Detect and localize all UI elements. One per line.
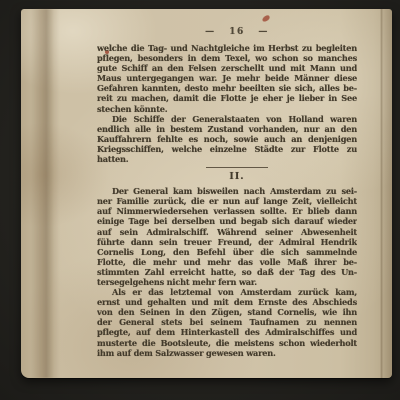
section-divider: II. [97, 164, 357, 186]
text-line: führte dann sein treuer Freund, der Admi… [97, 237, 357, 247]
text-line: tersegelgehens nicht mehr fern war. [97, 277, 357, 287]
text-line: Gefahren kannten, desto mehr beeilten si… [97, 83, 357, 93]
text-line: ner Familie zurück, die er nun auf lange… [97, 196, 357, 206]
text-line: ernst und gehalten und mit dem Ernste de… [97, 297, 357, 307]
text-line: endlich alle in bestem Zustand vorhanden… [97, 124, 357, 134]
section-rule [206, 167, 268, 168]
text-line: stimmten Zahl erreicht hatte, so daß der… [97, 267, 357, 277]
paragraph-4: Als er das letztemal von Amsterdam zurüc… [97, 287, 357, 358]
text-line: pflegte, auf dem Hinterkastell des Admir… [97, 327, 357, 337]
scan-background: { "colors": { "background": "#23221e", "… [0, 0, 400, 400]
text-line: auf Nimmerwiedersehen verlassen sollte. … [97, 206, 357, 216]
paragraph-2: Die Schiffe der Generalstaaten von Holla… [97, 114, 357, 164]
text-line: Die Schiffe der Generalstaaten von Holla… [97, 114, 357, 124]
text-block: welche die Tag- und Nachtgleiche im Herb… [97, 43, 357, 358]
page-gutter-shadow [31, 9, 59, 378]
paragraph-3: Der General kam bisweilen nach Amsterdam… [97, 186, 357, 287]
text-line: pflegen, besonders in dem Texel, wo scho… [97, 53, 357, 63]
page-number-header: — 16 — [107, 27, 367, 37]
book-scan: — 16 — welche die Tag- und Nachtgleiche … [0, 0, 400, 400]
text-line: auf sein Admiralschiff. Während seiner A… [97, 227, 357, 237]
text-line: von den Seinen in den Zügen, stand Corne… [97, 307, 357, 317]
text-line: Der General kam bisweilen nach Amsterdam… [97, 186, 357, 196]
red-ink-speck [261, 14, 270, 22]
text-line: Als er das letztemal von Amsterdam zurüc… [97, 287, 357, 297]
adjacent-page-edge [383, 9, 392, 378]
text-line: Maus untergegangen war. Je mehr beide Mä… [97, 73, 357, 83]
text-line: ihm auf dem Salzwasser gewesen waren. [97, 348, 357, 358]
text-line: hatten. [97, 154, 357, 164]
text-line: gute Schiff an den Felsen zerschellt und… [97, 63, 357, 73]
section-heading: II. [107, 171, 367, 182]
text-line: musterte die Bootsleute, die meistens sc… [97, 338, 357, 348]
text-line: reit zu machen, damit die Flotte je eher… [97, 93, 357, 103]
text-line: Cornelis Long, den Befehl über die sich … [97, 247, 357, 257]
text-line: welche die Tag- und Nachtgleiche im Herb… [97, 43, 357, 53]
book-page: — 16 — welche die Tag- und Nachtgleiche … [21, 9, 392, 378]
text-line: Kriegsschiffen, welche einzelne Städte z… [97, 144, 357, 154]
text-line: einige Tage bei derselben und begab sich… [97, 216, 357, 226]
text-line: Kauffahrern fehlte es noch, sowie auch a… [97, 134, 357, 144]
text-line: Flotte, die mehr und mehr das volle Maß … [97, 257, 357, 267]
text-line: der General stets bei seinem Taufnamen z… [97, 317, 357, 327]
paragraph-1: welche die Tag- und Nachtgleiche im Herb… [97, 43, 357, 114]
text-line: stechen könnte. [97, 104, 357, 114]
